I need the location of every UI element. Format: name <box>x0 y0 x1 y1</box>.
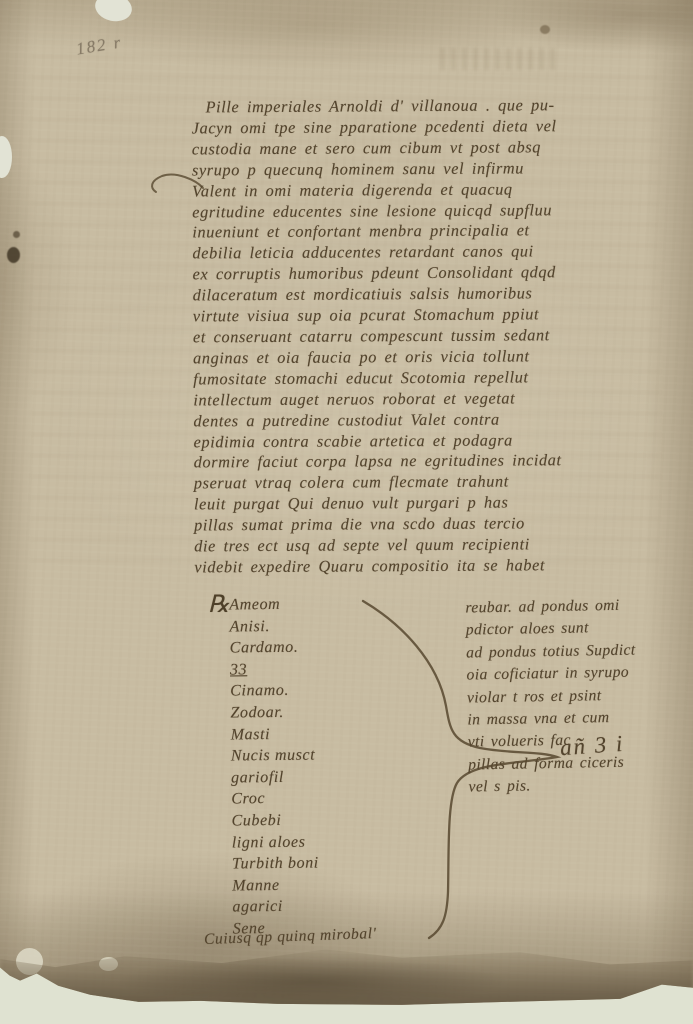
text-line: Valent in omi materia digerenda et quacu… <box>192 178 662 202</box>
torn-patch <box>0 136 12 178</box>
text-line: intellectum auget neruos roborat et vege… <box>193 387 663 411</box>
ingredient-list: AmeomAnisi.Cardamo.33Cinamo.Zodoar.Masti… <box>229 594 319 940</box>
ingredient-item: Manne <box>232 874 319 897</box>
ingredient-item: ligni aloes <box>232 831 319 854</box>
ingredient-item: agarici <box>232 896 319 919</box>
ingredient-item: Croc <box>231 788 318 811</box>
text-line: videbit expedire Quaru compositio ita se… <box>194 554 664 578</box>
manuscript-page: 182 r Pille imperiales Arnoldi d' villan… <box>0 0 693 1012</box>
text-line: in massa vna et cum <box>467 707 637 732</box>
ink-spot <box>540 25 550 34</box>
ink-smudge <box>440 48 560 70</box>
ingredient-item: Cardamo. <box>230 637 317 660</box>
text-line: syrupo p quecunq hominem sanu vel infirm… <box>192 157 662 181</box>
text-line: debilia leticia adducentes retardant can… <box>192 241 662 265</box>
text-line: leuit purgat Qui denuo vult purgari p ha… <box>194 492 664 516</box>
text-line: die tres ect usq ad septe vel quum recip… <box>194 534 664 558</box>
text-line: ad pondus totius Supdict <box>466 639 636 664</box>
ingredient-item: Cinamo. <box>230 680 317 703</box>
text-line: fumositate stomachi educut Scotomia repe… <box>193 366 663 390</box>
text-line: dormire faciut corpa lapsa ne egritudine… <box>194 450 664 474</box>
text-line: dilaceratum est mordicatiuis salsis humo… <box>193 283 663 307</box>
ingredient-item: Cubebi <box>231 809 318 832</box>
text-line: dentes a putredine custodiut Valet contr… <box>193 408 663 432</box>
ingredient-item: Nucis musct <box>231 745 318 768</box>
text-line: oia coficiatur in syrupo <box>466 662 636 687</box>
text-line: Jacyn omi tpe sine pparatione pcedenti d… <box>192 115 662 139</box>
text-line: virtute visiua sup oia pcurat Stomachum … <box>193 304 663 328</box>
ink-spot <box>13 231 20 238</box>
text-line: Pille imperiales Arnoldi d' villanoua . … <box>192 95 662 119</box>
text-line: custodia mane et sero cum cibum vt post … <box>192 136 662 160</box>
ingredient-item: Turbith boni <box>232 853 319 876</box>
text-line: inueniunt et confortant menbra principal… <box>192 220 662 244</box>
ingredient-item: 33 <box>230 658 317 681</box>
closing-line: Cuiusq qp quinq mirobal' <box>204 925 377 949</box>
text-line: vel s pis. <box>468 774 638 799</box>
main-text-block: Pille imperiales Arnoldi d' villanoua . … <box>192 95 665 579</box>
text-line: pseruat vtraq colera cum flecmate trahun… <box>194 471 664 495</box>
rx-recipe-symbol: ℞ <box>208 590 230 619</box>
ingredient-item: Zodoar. <box>230 702 317 725</box>
right-column-text: reubar. ad pondus omipdictor aloes sunta… <box>465 595 638 800</box>
text-line: pdictor aloes sunt <box>466 617 636 642</box>
text-line: egritudine educentes sine lesione quicqd… <box>192 199 662 223</box>
text-line: epidimia contra scabie artetica et podag… <box>194 429 664 453</box>
bottom-stain <box>0 944 693 1012</box>
ink-spot <box>7 247 20 263</box>
ingredient-item: Masti <box>231 723 318 746</box>
torn-patch <box>93 0 135 25</box>
text-line: reubar. ad pondus omi <box>465 595 635 620</box>
ingredient-item: Ameom <box>229 594 316 617</box>
ingredient-item: gariofil <box>231 766 318 789</box>
quantity-note: añ 3 i <box>559 731 625 761</box>
text-line: et conseruant catarru compescunt tussim … <box>193 325 663 349</box>
text-line: pillas sumat prima die vna scdo duas ter… <box>194 513 664 537</box>
ingredient-item: Anisi. <box>229 615 316 638</box>
text-line: anginas et oia faucia po et oris vicia t… <box>193 345 663 369</box>
folio-number: 182 r <box>75 32 124 59</box>
text-line: violar t ros et psint <box>467 684 637 709</box>
text-line: ex corruptis humoribus pdeunt Consolidan… <box>193 262 663 286</box>
